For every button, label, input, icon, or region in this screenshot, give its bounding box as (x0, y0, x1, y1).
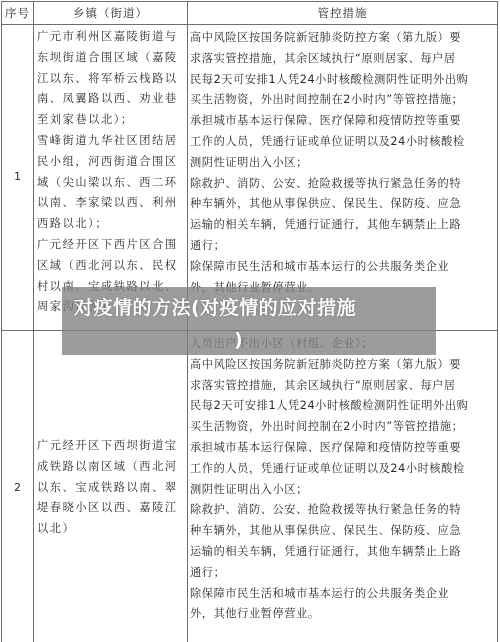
measure-line: 民每2天可安排1人凭24小时核酸检测阴性证明外出购 (190, 396, 494, 417)
measure-line: 求落实管控措施，其余区域执行“原则居家、每户居 (190, 49, 494, 70)
header-measures: 管控措施 (188, 2, 498, 25)
row-measures-cell: 高中风险区按国务院新冠肺炎防控方案（第九版）要 求落实管控措施，其余区域执行“原… (188, 25, 498, 331)
area-line: 雪峰街道九华社区团结居 (37, 131, 184, 152)
measure-line: 买生活物资，外出时间控制在2小时内”等管控措施； (190, 90, 494, 111)
header-index: 序号 (2, 2, 34, 25)
measure-line: 测阴性证明出入小区； (190, 153, 494, 174)
table-header-row: 序号 乡镇（街道） 管控措施 (2, 2, 498, 25)
measure-line: 种车辆外，其他从事保供应、保民生、保防疫、应急 (190, 194, 494, 215)
measure-line: 求落实管控措施，其余区域执行“原则居家、每户居 (190, 376, 494, 397)
measure-line: 承担城市基本运行保障、医疗保障和疫情防控等重要 (190, 438, 494, 459)
measure-line: 除保障市民生活和城市基本运行的公共服务类企业 (190, 584, 494, 605)
measure-line: 工作的人员，凭通行证或单位证明以及24小时核酸检 (190, 132, 494, 153)
measure-line: 通行； (190, 236, 494, 257)
measure-line: 承担城市基本运行保障、医疗保障和疫情防控等重要 (190, 111, 494, 132)
area-line: 成铁路以南区域（西北河 (37, 457, 184, 478)
area-line: 广元市利州区嘉陵街道与 (37, 27, 184, 48)
row-index: 2 (2, 331, 34, 642)
area-line: 民小组，河西街道合围区 (37, 152, 184, 173)
area-line: 至刘家巷以北）； (37, 110, 184, 131)
measure-line: 除救护、消防、公安、抢险救援等执行紧急任务的特 (190, 500, 494, 521)
row-area-cell: 广元经开区下西坝街道宝 成铁路以南区域（西北河 以东、宝成铁路以南、翠 堤春晓小… (34, 331, 188, 642)
overlay-title-line1: 对疫情的方法(对疫情的应对措施 (74, 297, 356, 319)
table-row: 2 广元经开区下西坝街道宝 成铁路以南区域（西北河 以东、宝成铁路以南、翠 堤春… (2, 331, 498, 642)
area-line: 以东、宝成铁路以南、翠 (37, 478, 184, 499)
area-line: 广元经开区下西片区合围 (37, 235, 184, 256)
area-line: 以北） (37, 519, 184, 540)
measure-line: 运输的相关车辆，凭通行证通行，其他车辆禁止上路 (190, 215, 494, 236)
measure-line: 除保障市民生活和城市基本运行的公共服务类企业 (190, 257, 494, 278)
row-area-cell: 广元市利州区嘉陵街道与 东坝街道合围区域（嘉陵 江以东、将军桥云栈路以 南、凤翼… (34, 25, 188, 331)
area-line: 域（尖山梁以东、西二环 (37, 173, 184, 194)
measure-line: 通行； (190, 563, 494, 584)
area-line: 东坝街道合围区域（嘉陵 (37, 48, 184, 69)
measure-line: 除救护、消防、公安、抢险救援等执行紧急任务的特 (190, 174, 494, 195)
measure-line: 高中风险区按国务院新冠肺炎防控方案（第九版）要 (190, 28, 494, 49)
area-line: 以南、李家梁以西、利州 (37, 193, 184, 214)
measure-line: 高中风险区按国务院新冠肺炎防控方案（第九版）要 (190, 355, 494, 376)
area-line: 广元经开区下西坝街道宝 (37, 436, 184, 457)
row-measures-cell: 人员出户不出小区（村组、企业）； 高中风险区按国务院新冠肺炎防控方案（第九版）要… (188, 331, 498, 642)
measure-line: 外，其他行业暂停营业。 (190, 604, 494, 625)
measure-line: 工作的人员，凭通行证或单位证明以及24小时核酸检 (190, 459, 494, 480)
measure-line: 民每2天可安排1人凭24小时核酸检测阴性证明外出购 (190, 70, 494, 91)
area-line: 区域（西北河以东、民权 (37, 256, 184, 277)
area-line: 江以东、将军桥云栈路以 (37, 69, 184, 90)
area-line: 南、凤翼路以西、劝业巷 (37, 89, 184, 110)
header-area: 乡镇（街道） (34, 2, 188, 25)
overlay-title: 对疫情的方法(对疫情的应对措施 ) (74, 292, 434, 356)
measure-line: 种车辆外，其他从事保供应、保民生、保防疫、应急 (190, 521, 494, 542)
measure-line: 运输的相关车辆，凭通行证通行，其他车辆禁止上路 (190, 542, 494, 563)
table-row: 1 广元市利州区嘉陵街道与 东坝街道合围区域（嘉陵 江以东、将军桥云栈路以 南、… (2, 25, 498, 331)
area-line: 西路以北）； (37, 214, 184, 235)
area-line: 堤春晓小区以西、嘉陵江 (37, 498, 184, 519)
measure-line: 测阴性证明出入小区； (190, 480, 494, 501)
measure-line: 买生活物资，外出时间控制在2小时内”等管控措施； (190, 417, 494, 438)
overlay-title-line2: ) (74, 324, 434, 356)
row-index: 1 (2, 25, 34, 331)
